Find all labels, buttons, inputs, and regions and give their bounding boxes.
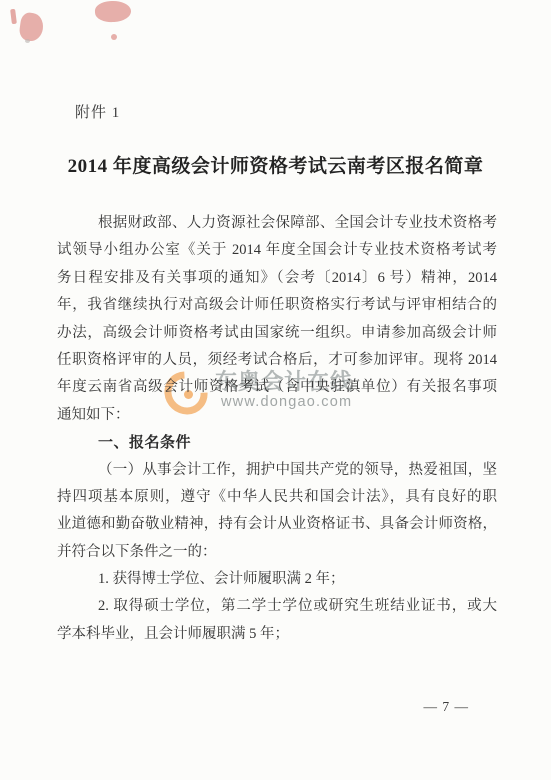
body-line: 业道德和勤奋敬业精神，持有会计从业资格证书、具备会计师资格，	[57, 511, 497, 538]
body-line: 2. 取得硕士学位，第二学士学位或研究生班结业证书，或大	[57, 593, 497, 620]
body-line: 试领导小组办公室《关于 2014 年度全国会计专业技术资格考试考	[57, 237, 497, 264]
document-body: 根据财政部、人力资源社会保障部、全国会计专业技术资格考 试领导小组办公室《关于 …	[57, 210, 497, 648]
body-line: 1. 获得博士学位、会计师履职满 2 年；	[57, 566, 497, 593]
body-line: 务日程安排及有关事项的通知》（会考〔2014〕6 号）精神，2014	[57, 265, 497, 292]
scanned-document-page: 东奥会计在线 www.dongao.com 附件 1 2014 年度高级会计师资…	[0, 0, 551, 780]
body-line: 并符合以下条件之一的：	[57, 539, 497, 566]
attachment-label: 附件 1	[75, 101, 120, 122]
page-number: — 7 —	[424, 699, 470, 715]
body-line: 持四项基本原则，遵守《中华人民共和国会计法》，具有良好的职	[57, 484, 497, 511]
document-content: 附件 1 2014 年度高级会计师资格考试云南考区报名简章 根据财政部、人力资源…	[0, 0, 551, 780]
body-line: 办法，高级会计师资格考试由国家统一组织。申请参加高级会计师	[57, 320, 497, 347]
body-line: 学本科毕业，且会计师履职满 5 年；	[57, 621, 497, 648]
document-title: 2014 年度高级会计师资格考试云南考区报名简章	[0, 151, 551, 178]
body-line: 年度云南省高级会计师资格考试（含中央驻滇单位）有关报名事项	[57, 374, 497, 401]
body-line: 任职资格评审的人员，须经考试合格后，才可参加评审。现将 2014	[57, 347, 497, 374]
body-line: （一）从事会计工作，拥护中国共产党的领导，热爱祖国，坚	[57, 457, 497, 484]
body-line: 通知如下：	[57, 402, 497, 429]
body-line: 年，我省继续执行对高级会计师任职资格实行考试与评审相结合的	[57, 292, 497, 319]
body-line: 根据财政部、人力资源社会保障部、全国会计专业技术资格考	[57, 210, 497, 237]
section-heading: 一、报名条件	[57, 429, 497, 456]
